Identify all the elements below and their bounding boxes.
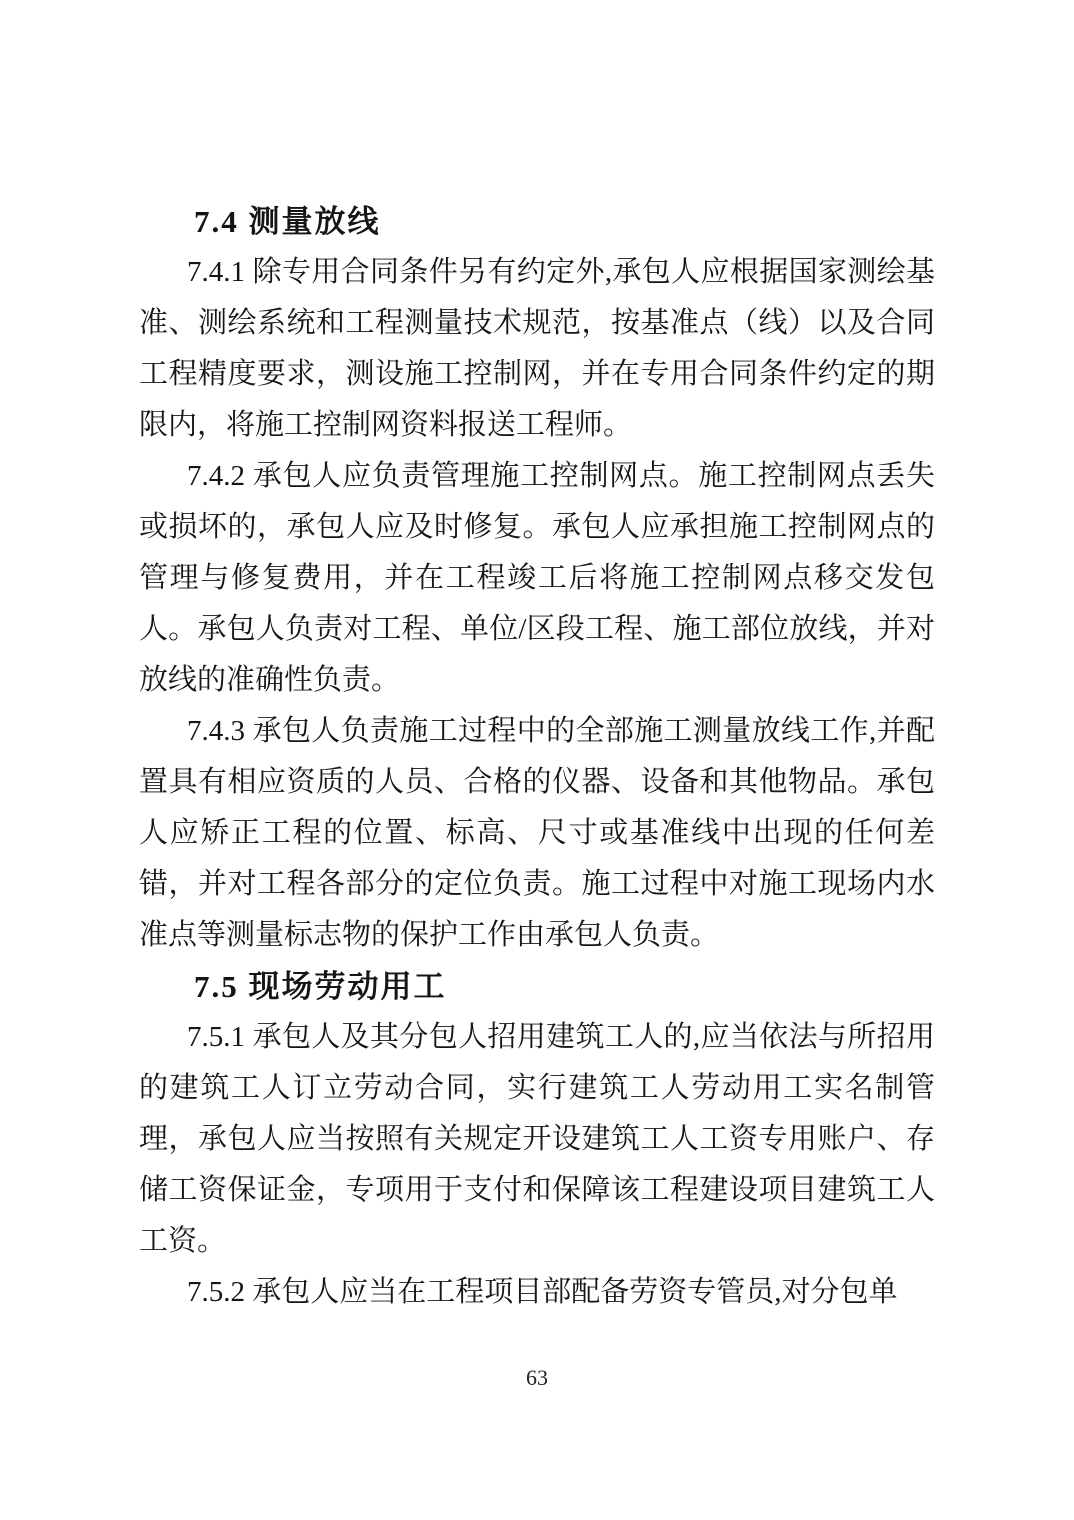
- page-number: 63: [526, 1365, 548, 1390]
- page-footer: 63: [0, 1360, 1074, 1396]
- clause-paragraph-7-4-3: 7.4.3 承包人负责施工过程中的全部施工测量放线工作,并配置具有相应资质的人员…: [139, 706, 935, 961]
- clause-paragraph-7-4-1: 7.4.1 除专用合同条件另有约定外,承包人应根据国家测绘基准、测绘系统和工程测…: [139, 247, 935, 451]
- clause-paragraph-7-5-2: 7.5.2 承包人应当在工程项目部配备劳资专管员,对分包单: [139, 1267, 935, 1318]
- document-content: 7.4 测量放线7.4.1 除专用合同条件另有约定外,承包人应根据国家测绘基准、…: [139, 196, 935, 1318]
- document-page: 7.4 测量放线7.4.1 除专用合同条件另有约定外,承包人应根据国家测绘基准、…: [0, 0, 1074, 1520]
- section-heading-7-5: 7.5 现场劳动用工: [139, 961, 935, 1012]
- section-heading-7-4: 7.4 测量放线: [139, 196, 935, 247]
- clause-paragraph-7-4-2: 7.4.2 承包人应负责管理施工控制网点。施工控制网点丢失或损坏的，承包人应及时…: [139, 451, 935, 706]
- clause-paragraph-7-5-1: 7.5.1 承包人及其分包人招用建筑工人的,应当依法与所招用的建筑工人订立劳动合…: [139, 1012, 935, 1267]
